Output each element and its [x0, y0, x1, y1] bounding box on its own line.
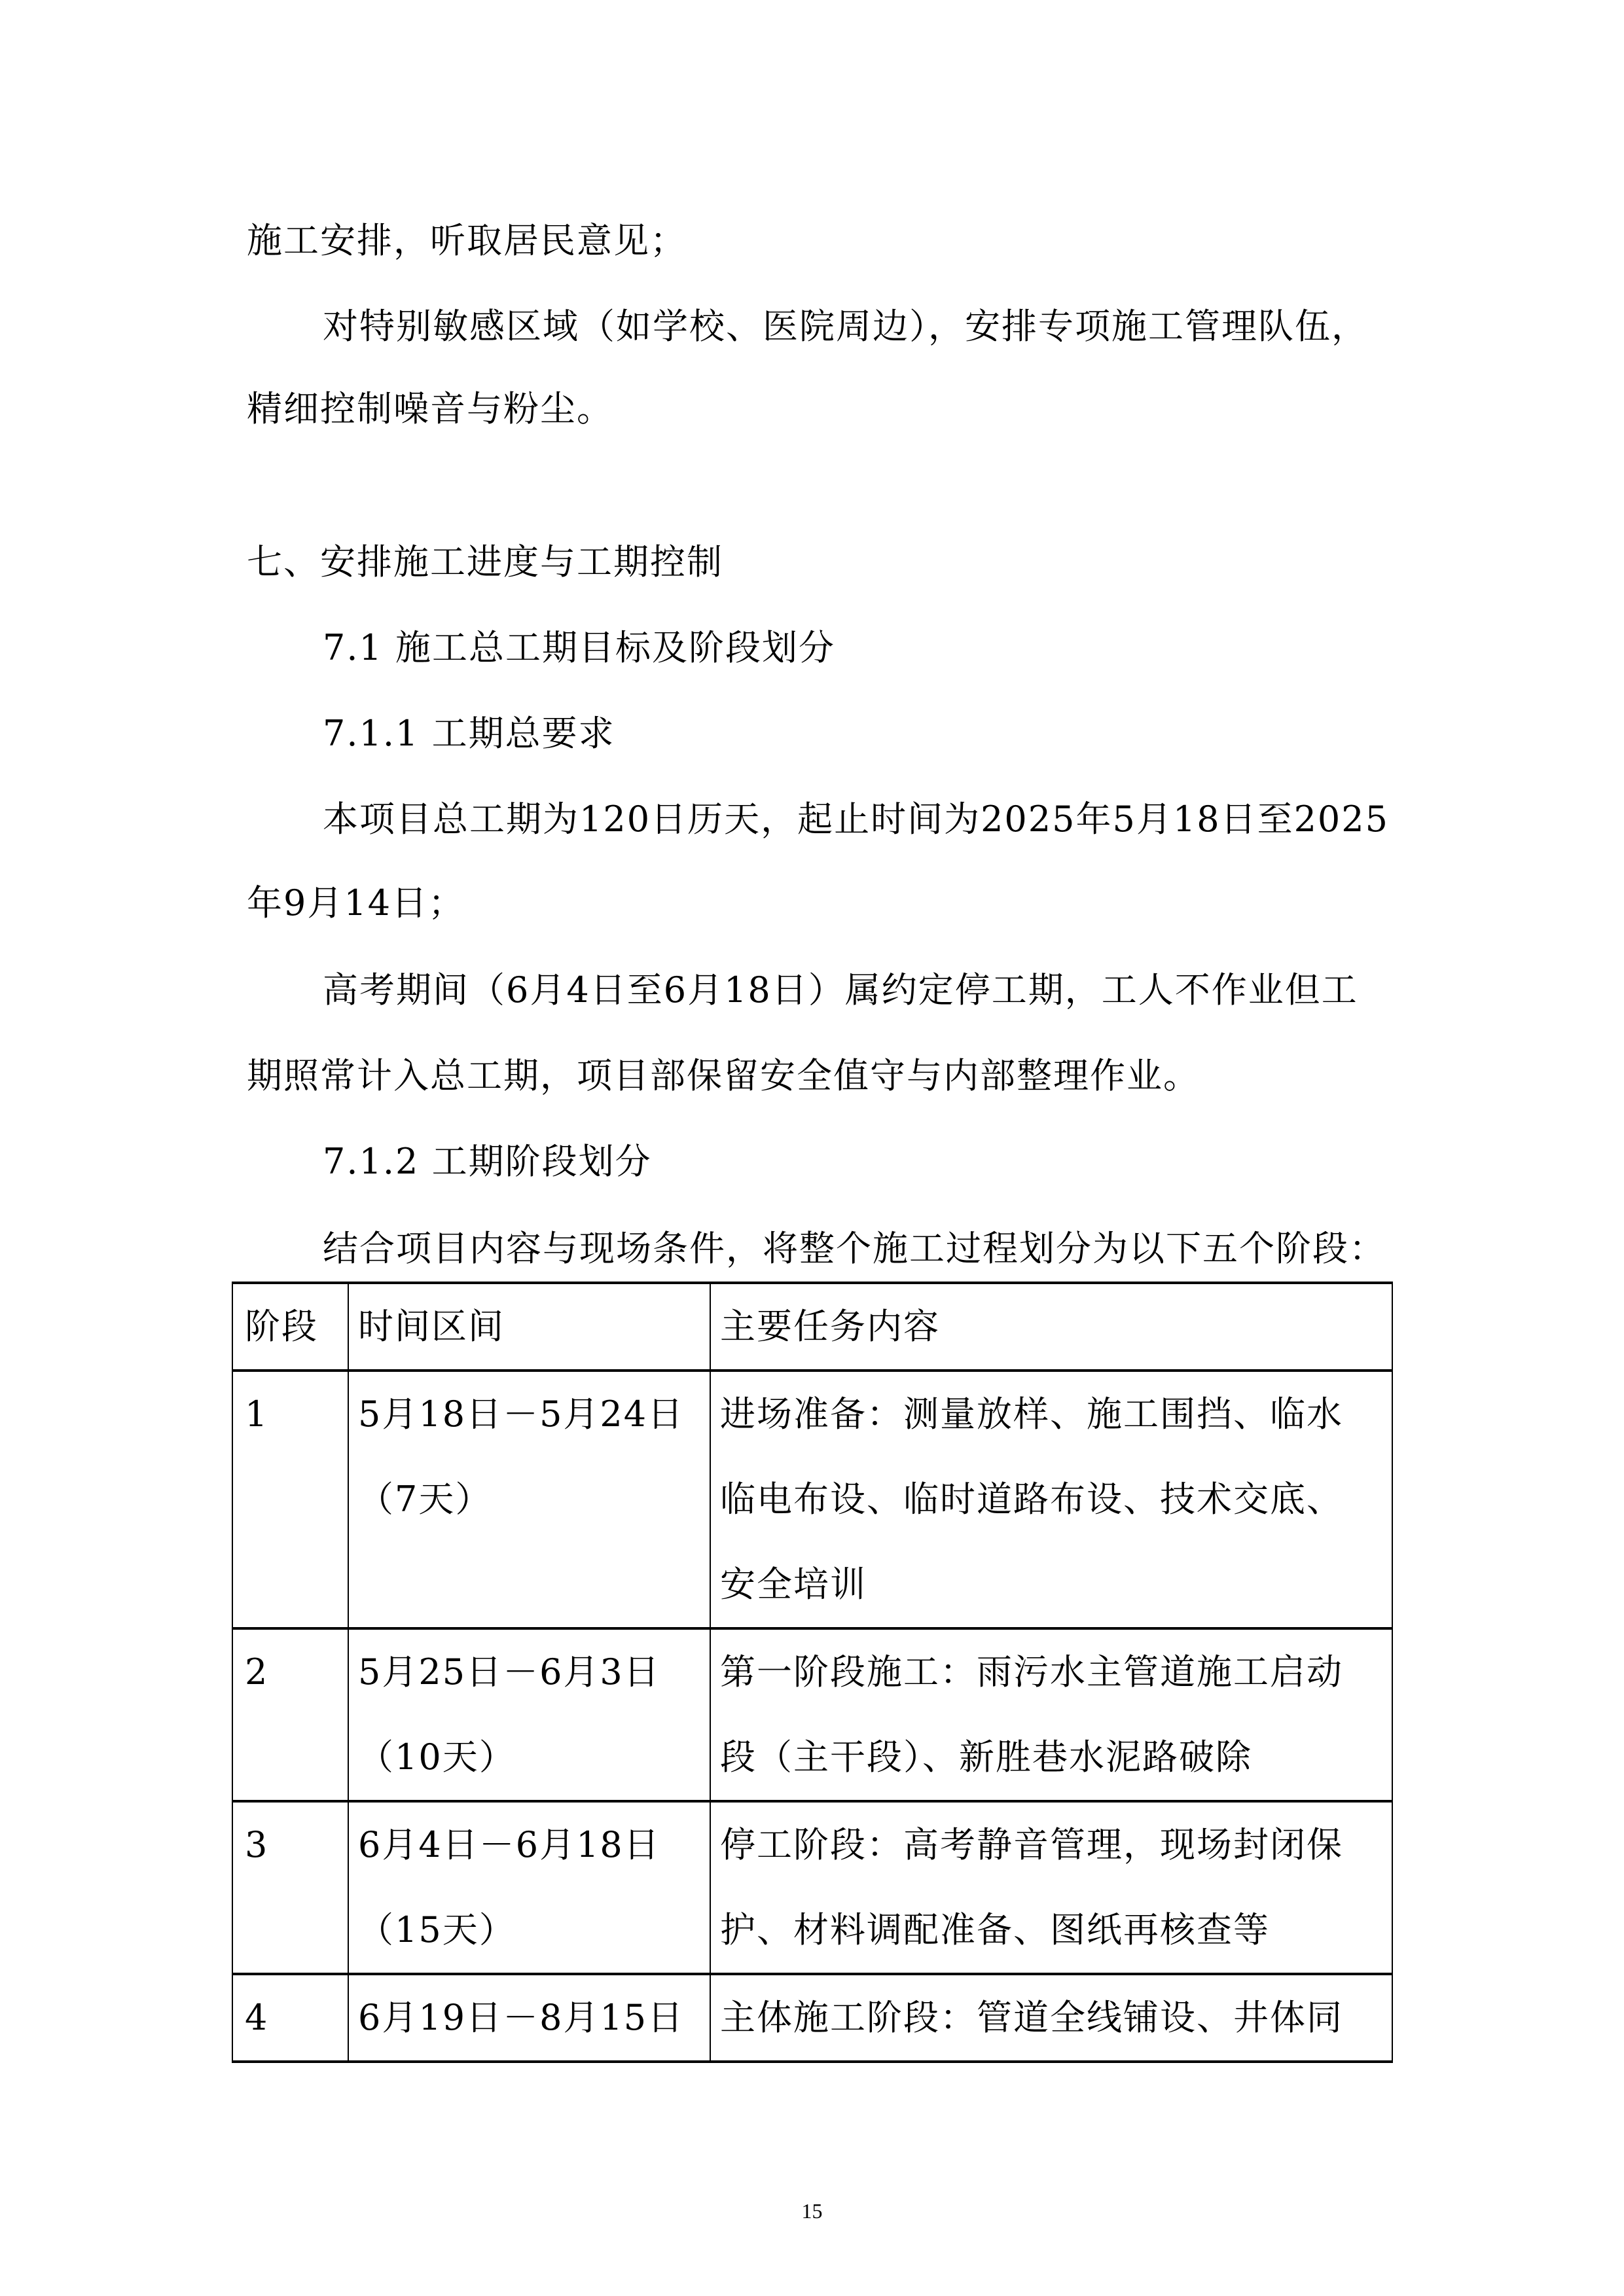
tasks-cell: 第一阶段施工：雨污水主管道施工启动 段（主干段）、新胜巷水泥路破除	[710, 1628, 1392, 1801]
paragraph-line: 精细控制噪音与粉尘。	[247, 388, 613, 430]
subsection-heading: 7.1.2 工期阶段划分	[323, 1141, 652, 1183]
header-cell-period: 时间区间	[348, 1283, 710, 1371]
table-row: 4 6月19日－8月15日 主体施工阶段：管道全线铺设、井体同	[232, 1974, 1392, 2062]
paragraph-line: 年9月14日；	[247, 882, 465, 924]
paragraph-line: 结合项目内容与现场条件，将整个施工过程划分为以下五个阶段：	[323, 1228, 1386, 1270]
section-heading: 七、安排施工进度与工期控制	[247, 541, 723, 583]
table-header-row: 阶段 时间区间 主要任务内容	[232, 1283, 1392, 1371]
period-cell: 5月25日－6月3日 （10天）	[348, 1628, 710, 1801]
table-row: 2 5月25日－6月3日 （10天） 第一阶段施工：雨污水主管道施工启动 段（主…	[232, 1628, 1392, 1801]
period-cell: 6月4日－6月18日 （15天）	[348, 1801, 710, 1974]
page-number: 15	[0, 2199, 1624, 2223]
stage-cell: 3	[232, 1801, 348, 1974]
paragraph-line: 本项目总工期为120日历天，起止时间为2025年5月18日至2025	[323, 798, 1389, 840]
stage-cell: 1	[232, 1371, 348, 1628]
paragraph-line: 高考期间（6月4日至6月18日）属约定停工期，工人不作业但工	[323, 969, 1358, 1011]
subsection-heading: 7.1 施工总工期目标及阶段划分	[323, 627, 835, 669]
stage-schedule-table: 阶段 时间区间 主要任务内容 1 5月18日－5月24日 （7天） 进场准备：测…	[232, 1282, 1393, 2063]
tasks-cell: 停工阶段：高考静音管理，现场封闭保 护、材料调配准备、图纸再核查等	[710, 1801, 1392, 1974]
paragraph-line: 施工安排，听取居民意见；	[247, 220, 687, 262]
table-row: 1 5月18日－5月24日 （7天） 进场准备：测量放样、施工围挡、临水 临电布…	[232, 1371, 1392, 1628]
paragraph-line: 对特别敏感区域（如学校、医院周边），安排专项施工管理队伍，	[323, 306, 1368, 348]
header-cell-tasks: 主要任务内容	[710, 1283, 1392, 1371]
stage-cell: 4	[232, 1974, 348, 2062]
paragraph-line: 期照常计入总工期，项目部保留安全值守与内部整理作业。	[247, 1055, 1200, 1097]
period-cell: 5月18日－5月24日 （7天）	[348, 1371, 710, 1628]
table-row: 3 6月4日－6月18日 （15天） 停工阶段：高考静音管理，现场封闭保 护、材…	[232, 1801, 1392, 1974]
period-cell: 6月19日－8月15日	[348, 1974, 710, 2062]
tasks-cell: 进场准备：测量放样、施工围挡、临水 临电布设、临时道路布设、技术交底、 安全培训	[710, 1371, 1392, 1628]
stage-cell: 2	[232, 1628, 348, 1801]
subsection-heading: 7.1.1 工期总要求	[323, 713, 615, 755]
tasks-cell: 主体施工阶段：管道全线铺设、井体同	[710, 1974, 1392, 2062]
header-cell-stage: 阶段	[232, 1283, 348, 1371]
